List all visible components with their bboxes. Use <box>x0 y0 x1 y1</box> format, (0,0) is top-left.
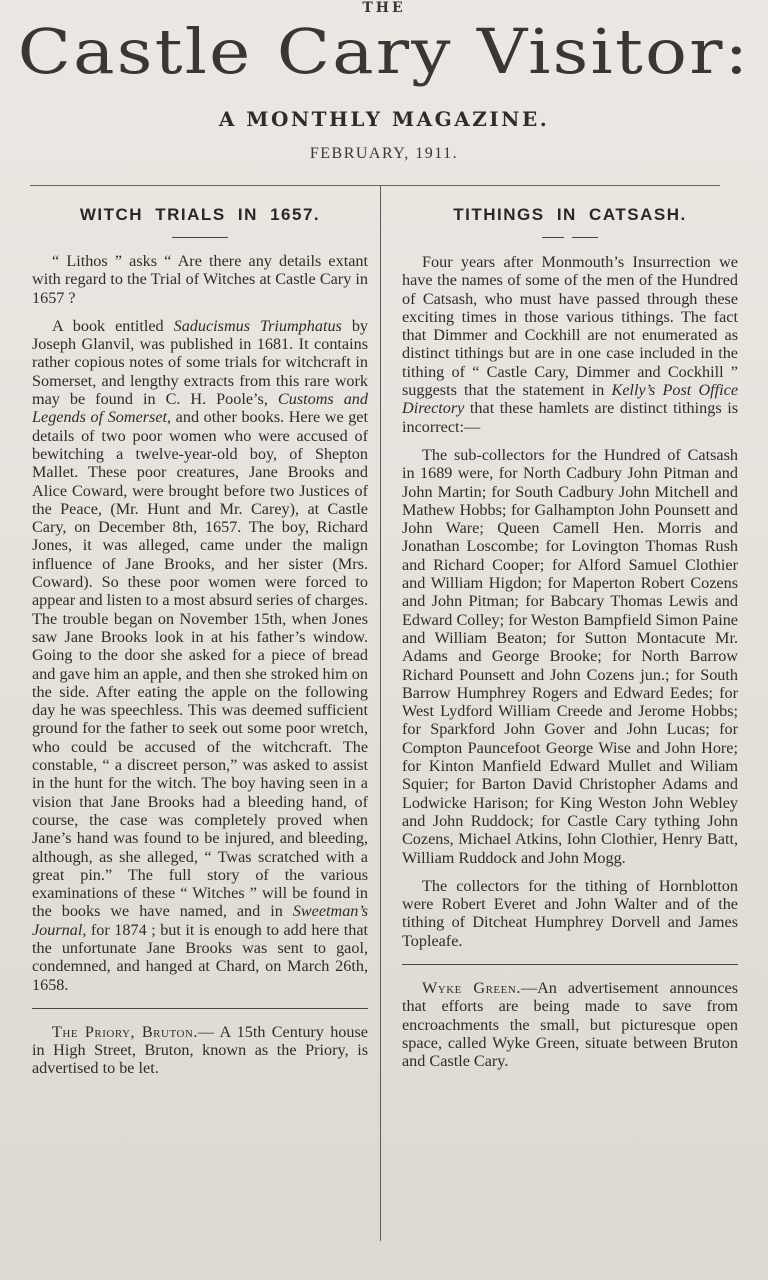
masthead-title: Castle Cary Visitor: <box>0 14 768 90</box>
news-note-priory: The Priory, Bruton.— A 15th Century hous… <box>32 1023 368 1078</box>
magazine-page: THE Castle Cary Visitor: A MONTHLY MAGAZ… <box>0 0 768 1280</box>
text-run: , and other books. Here we get details o… <box>32 408 368 920</box>
article-paragraph: The collectors for the tithing of Hornbl… <box>402 877 738 950</box>
news-note-wyke-green: Wyke Green.—An advertisement announces t… <box>402 979 738 1070</box>
section-divider <box>402 964 738 965</box>
masthead-subtitle: A MONTHLY MAGAZINE. <box>0 107 768 131</box>
article-paragraph: Four years after Monmouth’s Insurrection… <box>402 253 738 436</box>
right-column: TITHINGS IN CATSASH. Four years after Mo… <box>402 200 738 1080</box>
left-column: WITCH TRIALS IN 1657. “ Lithos ” asks “ … <box>32 200 368 1088</box>
text-run: Four years after Monmouth’s Insurrection… <box>402 253 738 399</box>
header-divider <box>30 185 720 186</box>
article-paragraph: A book entitled Saducismus Triumphatus b… <box>32 317 368 994</box>
book-title: Saducismus Triumphatus <box>174 317 342 335</box>
article-heading-tithings: TITHINGS IN CATSASH. <box>402 205 738 225</box>
heading-rule <box>172 237 228 238</box>
column-divider <box>380 186 381 1241</box>
article-heading-witch-trials: WITCH TRIALS IN 1657. <box>32 205 368 225</box>
issue-date: FEBRUARY, 1911. <box>0 145 768 163</box>
section-divider <box>32 1008 368 1009</box>
text-run: A book entitled <box>52 317 174 335</box>
text-run: , for 1874 ; but it is enough to add her… <box>32 921 368 994</box>
note-lead: The Priory, Bruton. <box>52 1023 198 1041</box>
note-lead: Wyke Green. <box>422 979 521 997</box>
article-paragraph: The sub-collectors for the Hundred of Ca… <box>402 446 738 867</box>
heading-rule <box>542 237 598 239</box>
article-paragraph: “ Lithos ” asks “ Are there any details … <box>32 252 368 307</box>
